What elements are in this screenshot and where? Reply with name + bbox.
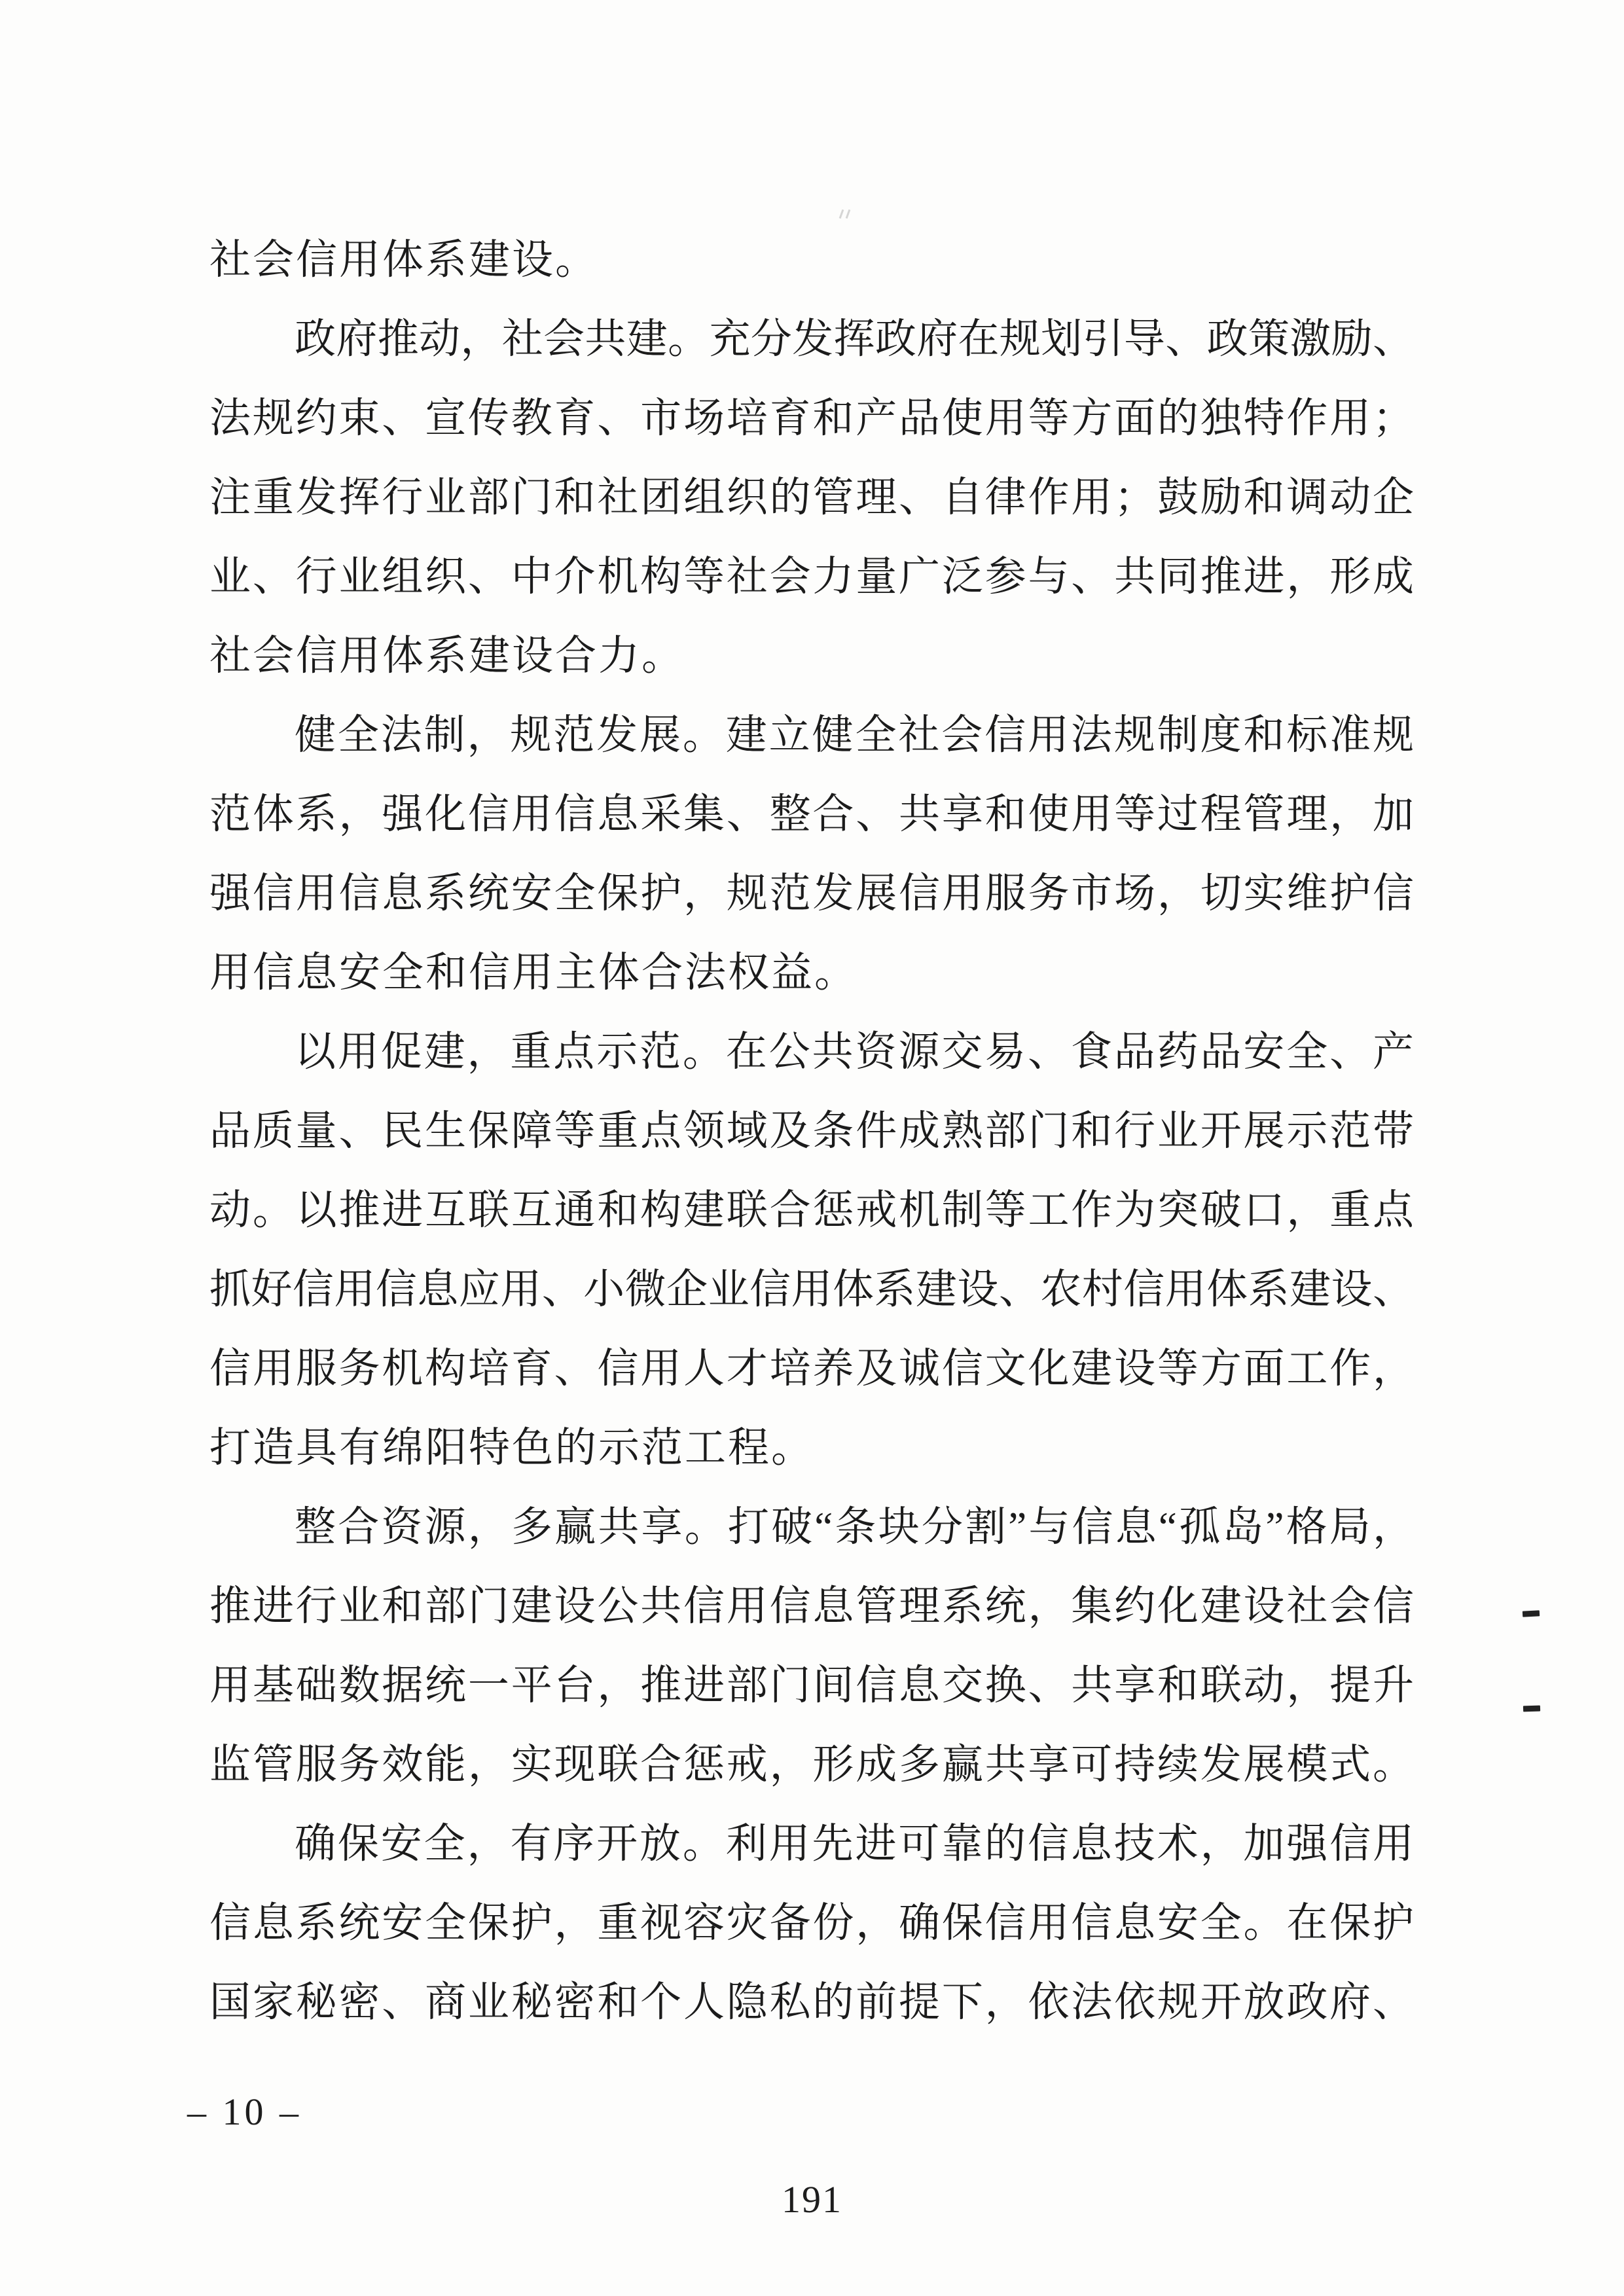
text-line: 整合资源，多赢共享。打破“条块分割”与信息“孤岛”格局， [209,1488,1414,1567]
text-line: 法规约束、宣传教育、市场培育和产品使用等方面的独特作用； [209,379,1414,458]
scan-artifact [840,209,855,221]
text-line: 推进行业和部门建设公共信用信息管理系统，集约化建设社会信 [209,1567,1414,1646]
text-line: 信用服务机构培育、信用人才培养及诚信文化建设等方面工作， [209,1329,1414,1408]
text-line: 动。以推进互联互通和构建联合惩戒机制等工作为突破口，重点 [209,1171,1414,1250]
text-line: 用信息安全和信用主体合法权益。 [209,933,1414,1013]
text-line: 业、行业组织、中介机构等社会力量广泛参与、共同推进，形成 [209,537,1414,617]
text-line: 健全法制，规范发展。建立健全社会信用法规制度和标准规 [209,696,1414,775]
text-line: 用基础数据统一平台，推进部门间信息交换、共享和联动，提升 [209,1646,1414,1725]
document-page: 社会信用体系建设。 政府推动，社会共建。充分发挥政府在规划引导、政策激励、 法规… [0,0,1624,2296]
text-line: 打造具有绵阳特色的示范工程。 [209,1408,1414,1488]
text-line: 范体系，强化信用信息采集、整合、共享和使用等过程管理，加 [209,775,1414,854]
text-line: 注重发挥行业部门和社团组织的管理、自律作用；鼓励和调动企 [209,458,1414,537]
text-line: 品质量、民生保障等重点领域及条件成熟部门和行业开展示范带 [209,1092,1414,1171]
margin-mark [1523,1706,1540,1712]
doc-page-label: – 10 – [187,2092,302,2132]
text-line: 国家秘密、商业秘密和个人隐私的前提下，依法依规开放政府、 [209,1963,1414,2042]
text-line: 抓好信用信息应用、小微企业信用体系建设、农村信用体系建设、 [209,1250,1414,1329]
text-line: 确保安全，有序开放。利用先进可靠的信息技术，加强信用 [209,1804,1414,1884]
document-body: 社会信用体系建设。 政府推动，社会共建。充分发挥政府在规划引导、政策激励、 法规… [209,221,1414,2042]
text-line: 强信用信息系统安全保护，规范发展信用服务市场，切实维护信 [209,854,1414,933]
book-page-number: 191 [0,2179,1624,2220]
text-line: 以用促建，重点示范。在公共资源交易、食品药品安全、产 [209,1013,1414,1092]
text-line: 监管服务效能，实现联合惩戒，形成多赢共享可持续发展模式。 [209,1725,1414,1804]
text-line: 社会信用体系建设。 [209,221,1414,300]
text-line: 政府推动，社会共建。充分发挥政府在规划引导、政策激励、 [209,300,1414,379]
text-line: 信息系统安全保护，重视容灾备份，确保信用信息安全。在保护 [209,1884,1414,1963]
text-line: 社会信用体系建设合力。 [209,617,1414,696]
margin-mark [1523,1610,1540,1617]
